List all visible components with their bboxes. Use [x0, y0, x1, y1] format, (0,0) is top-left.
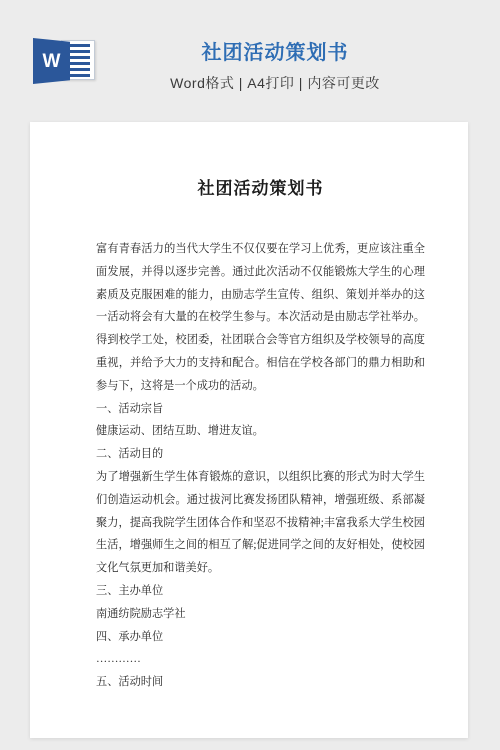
document-paragraph: 三、主办单位 [96, 580, 425, 603]
header: W 社团活动策划书 Word格式 | A4打印 | 内容可更改 [0, 0, 500, 105]
document-paragraph: 五、活动时间 [96, 671, 425, 694]
document-paragraph: 南通纺院励志学社 [96, 603, 425, 626]
document-title: 社团活动策划书 [96, 176, 425, 202]
document-paragraph: 二、活动目的 [96, 443, 425, 466]
document-paragraph: 一、活动宗旨 [96, 398, 425, 421]
document-paragraph: ………… [96, 648, 425, 671]
document-paragraph: 为了增强新生学生体育锻炼的意识，以组织比赛的形式为时大学生们创造运动机会。通过拔… [96, 466, 425, 580]
document-page: 社团活动策划书 富有青春活力的当代大学生不仅仅要在学习上优秀，更应该注重全面发展… [30, 122, 468, 738]
document-paragraph: 健康运动、团结互助、增进友谊。 [96, 420, 425, 443]
document-body: 富有青春活力的当代大学生不仅仅要在学习上优秀，更应该注重全面发展，并得以逐步完善… [96, 238, 425, 694]
document-paragraph: 四、承办单位 [96, 626, 425, 649]
header-text: 社团活动策划书 Word格式 | A4打印 | 内容可更改 [50, 40, 500, 93]
page-subtitle: Word格式 | A4打印 | 内容可更改 [50, 73, 500, 93]
document-paragraph: 富有青春活力的当代大学生不仅仅要在学习上优秀，更应该注重全面发展，并得以逐步完善… [96, 238, 425, 398]
page-title: 社团活动策划书 [50, 40, 500, 66]
